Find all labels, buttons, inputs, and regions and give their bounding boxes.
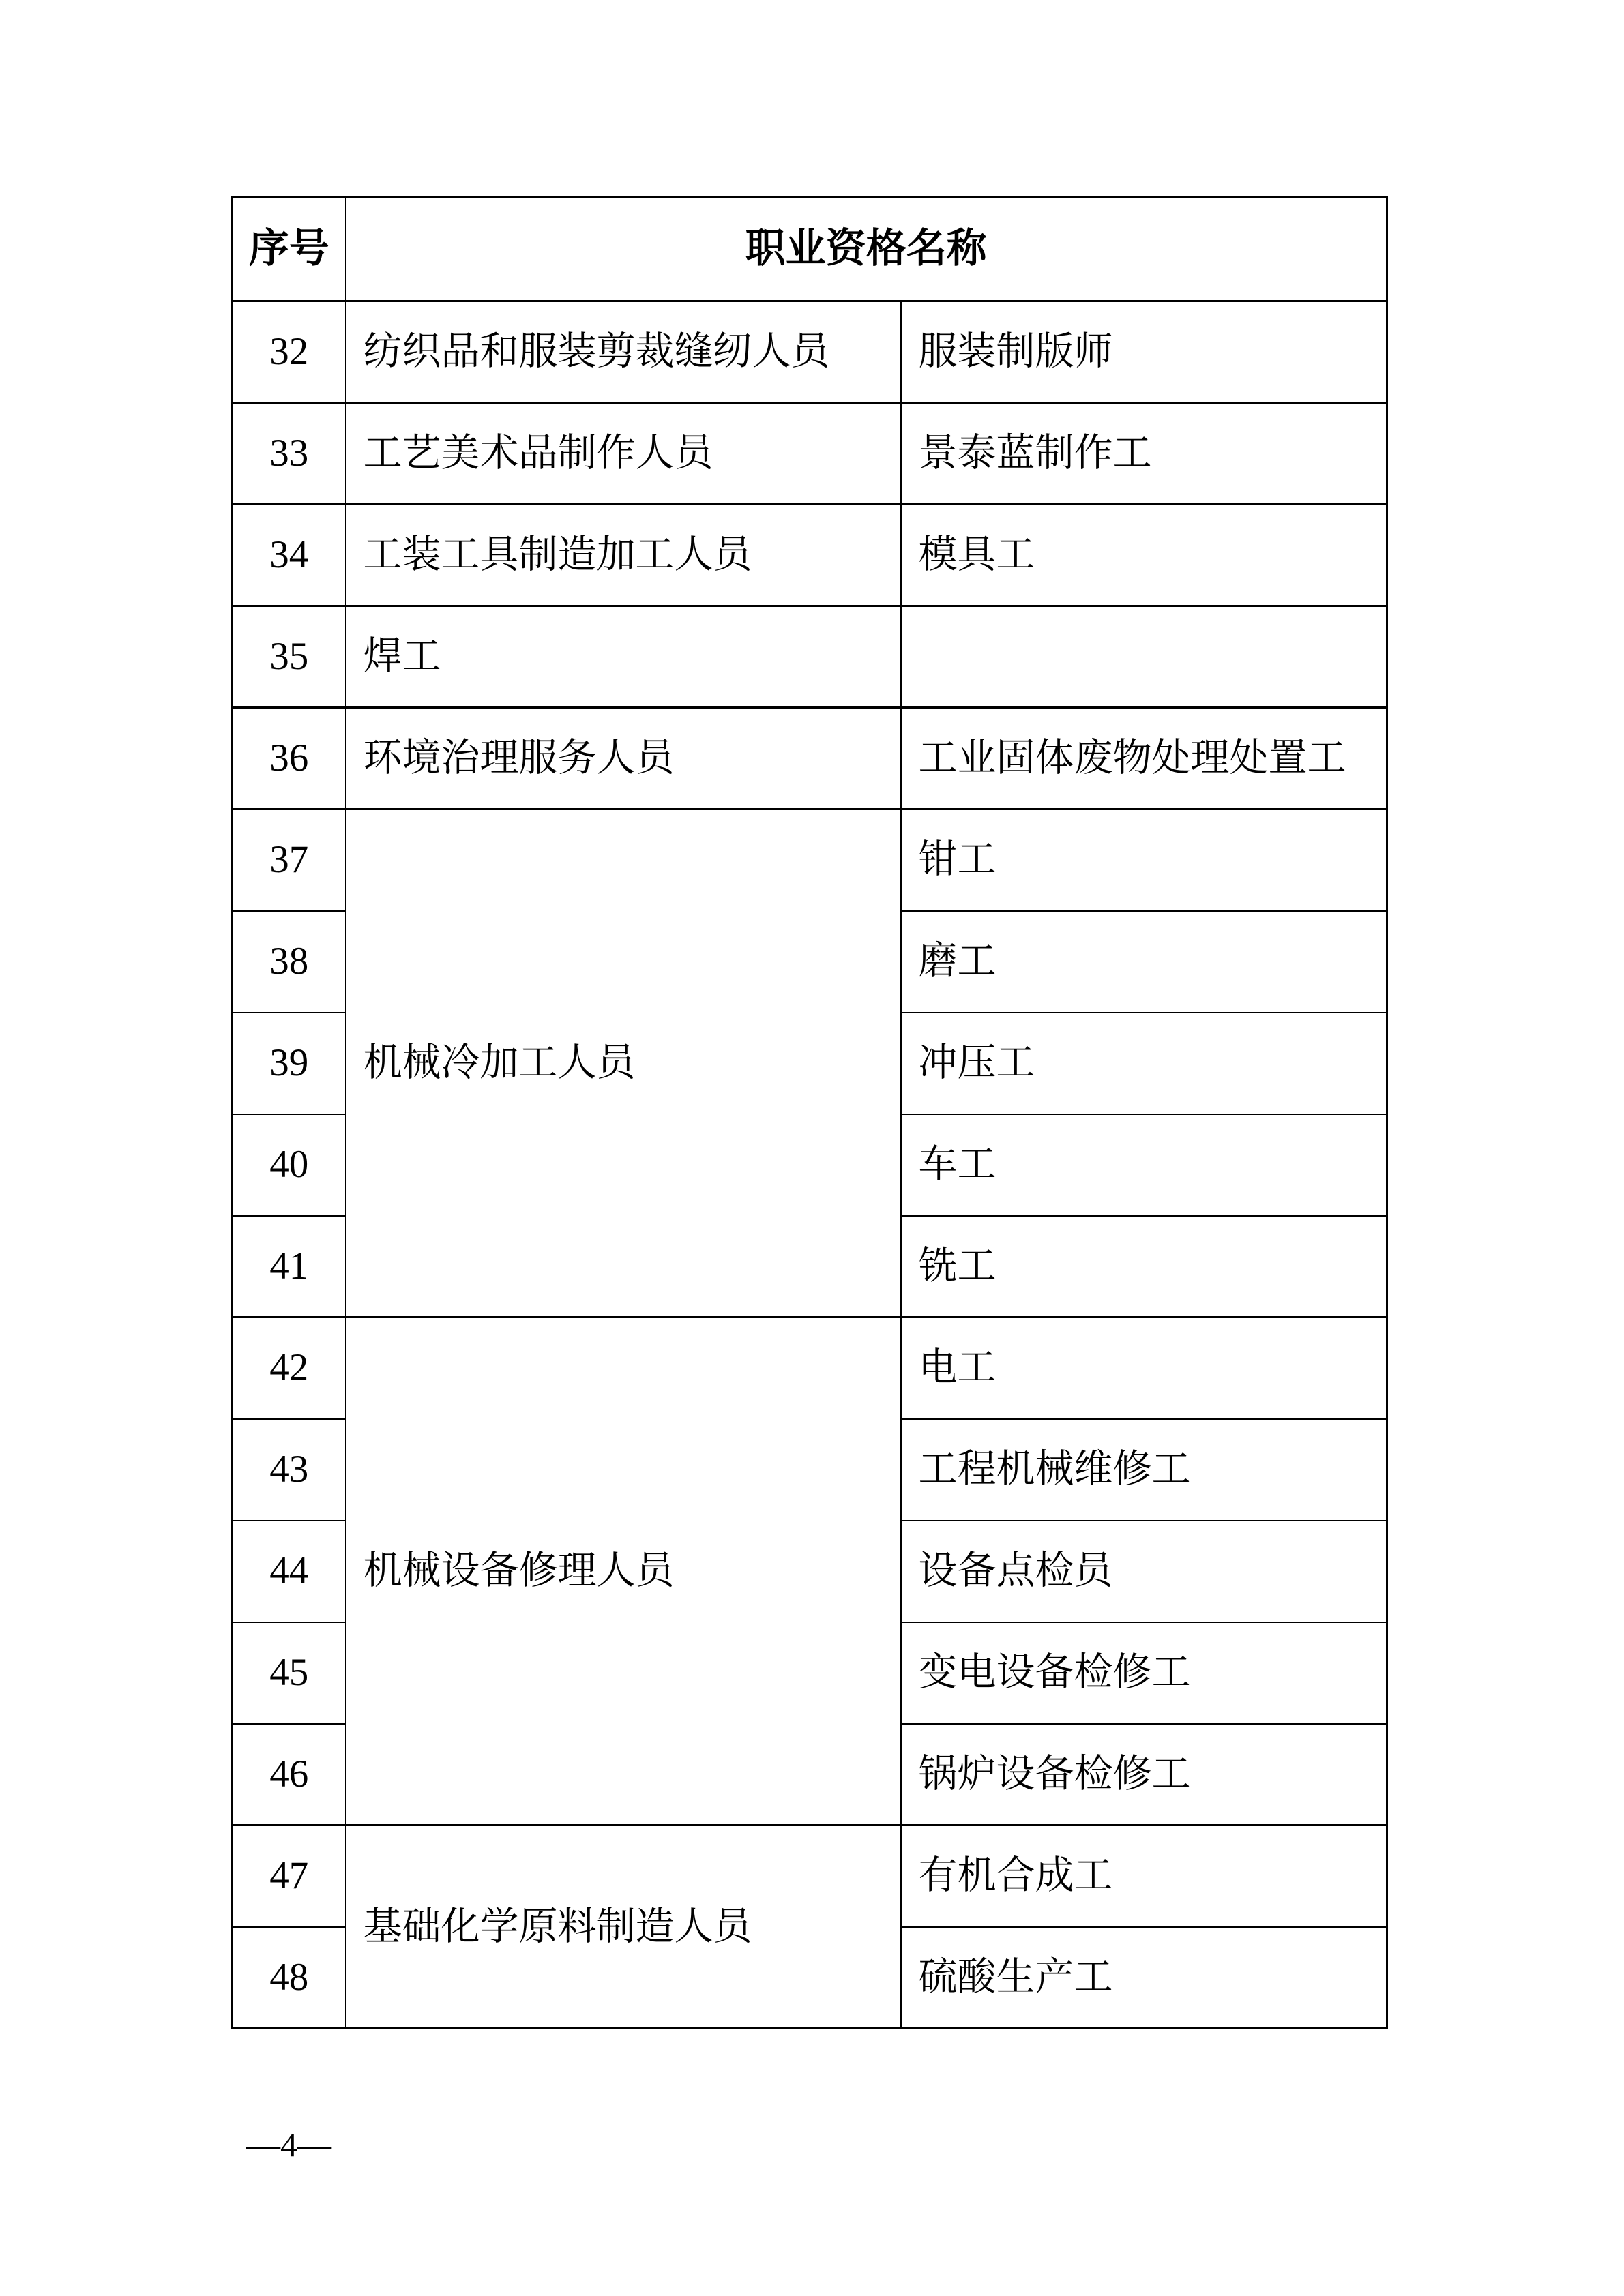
cell-no: 46 xyxy=(233,1724,346,1825)
qualification-table: 序号 职业资格名称 32 纺织品和服装剪裁缝纫人员 服装制版师 33 工艺美术品… xyxy=(231,196,1388,2029)
cell-occupation: 工程机械维修工 xyxy=(901,1419,1387,1521)
table-row: 32 纺织品和服装剪裁缝纫人员 服装制版师 xyxy=(233,301,1387,403)
cell-occupation: 锅炉设备检修工 xyxy=(901,1724,1387,1825)
table-row: 35 焊工 xyxy=(233,606,1387,708)
table-row: 33 工艺美术品制作人员 景泰蓝制作工 xyxy=(233,403,1387,505)
cell-no: 33 xyxy=(233,403,346,505)
cell-category: 纺织品和服装剪裁缝纫人员 xyxy=(346,301,901,403)
cell-occupation: 磨工 xyxy=(901,911,1387,1013)
cell-no: 44 xyxy=(233,1521,346,1622)
table-row: 47 基础化学原料制造人员 有机合成工 xyxy=(233,1825,1387,1927)
document-page: 序号 职业资格名称 32 纺织品和服装剪裁缝纫人员 服装制版师 33 工艺美术品… xyxy=(0,0,1624,2296)
table-header-row: 序号 职业资格名称 xyxy=(233,197,1387,301)
cell-occupation: 钳工 xyxy=(901,809,1387,911)
cell-no: 42 xyxy=(233,1317,346,1419)
cell-no: 41 xyxy=(233,1216,346,1317)
cell-category: 工装工具制造加工人员 xyxy=(346,505,901,606)
cell-category: 环境治理服务人员 xyxy=(346,708,901,809)
table-row: 42 机械设备修理人员 电工 xyxy=(233,1317,1387,1419)
table-row: 37 机械冷加工人员 钳工 xyxy=(233,809,1387,911)
cell-no: 37 xyxy=(233,809,346,911)
page-number: —4— xyxy=(246,2124,331,2165)
cell-occupation: 铣工 xyxy=(901,1216,1387,1317)
cell-occupation: 硫酸生产工 xyxy=(901,1927,1387,2029)
table-row: 34 工装工具制造加工人员 模具工 xyxy=(233,505,1387,606)
cell-occupation: 模具工 xyxy=(901,505,1387,606)
cell-no: 43 xyxy=(233,1419,346,1521)
cell-no: 45 xyxy=(233,1622,346,1724)
cell-no: 48 xyxy=(233,1927,346,2029)
cell-no: 36 xyxy=(233,708,346,809)
cell-occupation: 有机合成工 xyxy=(901,1825,1387,1927)
cell-no: 35 xyxy=(233,606,346,708)
cell-category: 工艺美术品制作人员 xyxy=(346,403,901,505)
cell-occupation: 服装制版师 xyxy=(901,301,1387,403)
header-cell-name: 职业资格名称 xyxy=(346,197,1387,301)
table-row: 36 环境治理服务人员 工业固体废物处理处置工 xyxy=(233,708,1387,809)
cell-no: 47 xyxy=(233,1825,346,1927)
cell-no: 32 xyxy=(233,301,346,403)
cell-occupation: 工业固体废物处理处置工 xyxy=(901,708,1387,809)
cell-no: 40 xyxy=(233,1114,346,1216)
cell-occupation xyxy=(901,606,1387,708)
header-cell-no: 序号 xyxy=(233,197,346,301)
cell-category: 焊工 xyxy=(346,606,901,708)
cell-occupation: 景泰蓝制作工 xyxy=(901,403,1387,505)
cell-occupation: 冲压工 xyxy=(901,1013,1387,1114)
cell-category-merged: 基础化学原料制造人员 xyxy=(346,1825,901,2029)
cell-occupation: 电工 xyxy=(901,1317,1387,1419)
cell-category-merged: 机械设备修理人员 xyxy=(346,1317,901,1825)
cell-category-merged: 机械冷加工人员 xyxy=(346,809,901,1317)
cell-occupation: 变电设备检修工 xyxy=(901,1622,1387,1724)
cell-no: 34 xyxy=(233,505,346,606)
cell-no: 38 xyxy=(233,911,346,1013)
cell-occupation: 设备点检员 xyxy=(901,1521,1387,1622)
cell-no: 39 xyxy=(233,1013,346,1114)
cell-occupation: 车工 xyxy=(901,1114,1387,1216)
